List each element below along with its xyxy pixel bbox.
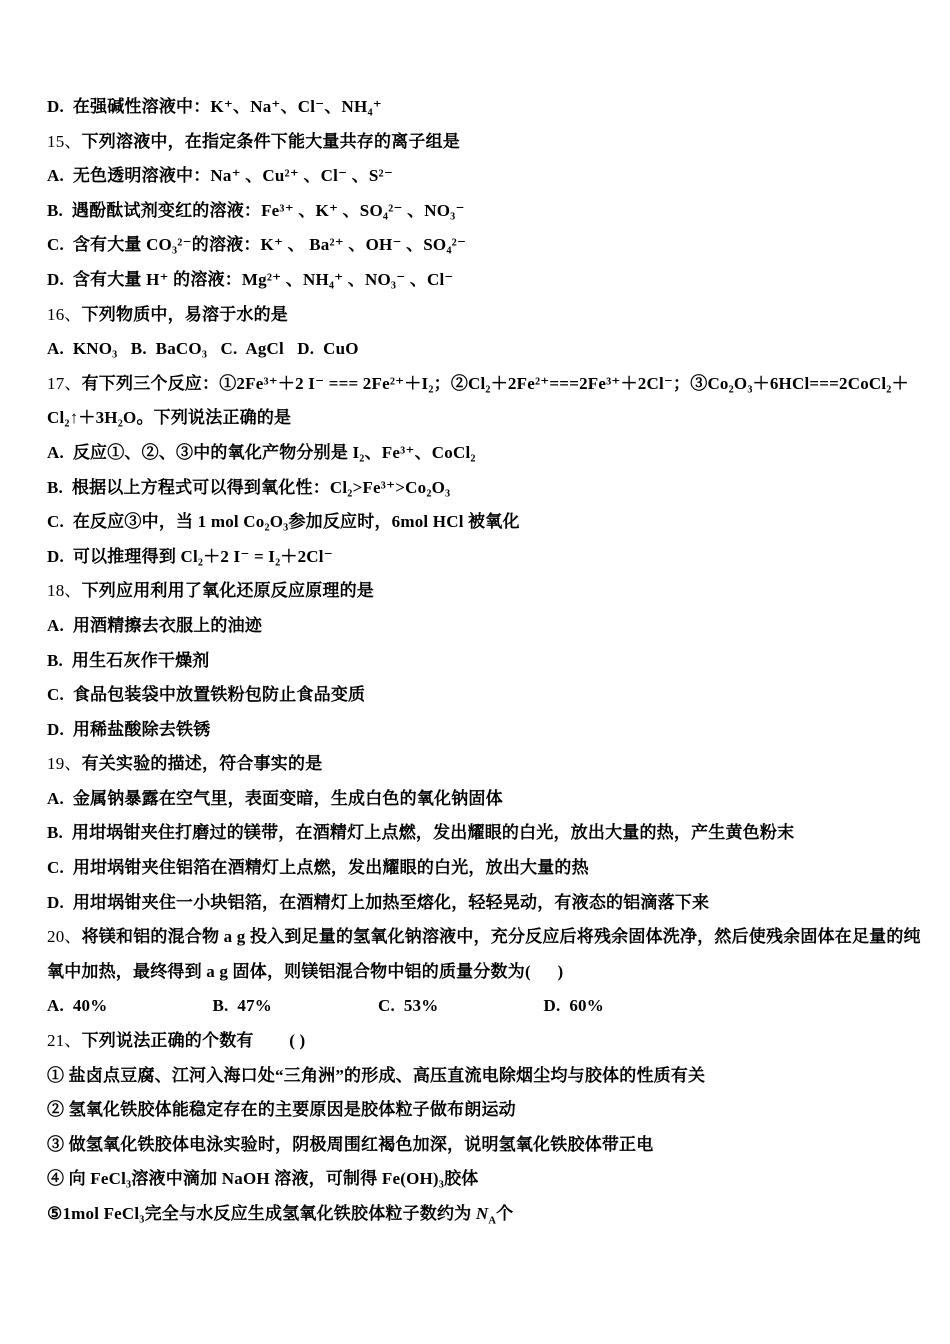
q20-options-choice-3: D. 60%	[544, 989, 710, 1024]
q18-option-d: D. 用稀盐酸除去铁锈	[47, 713, 929, 748]
q18-option-a-text: A. 用酒精擦去衣服上的油迹	[47, 616, 262, 635]
q17-option-c: C. 在反应③中，当 1 mol Co₂O₃参加反应时，6mol HCl 被氧化	[47, 505, 929, 540]
q20-options-choice-1: B. 47%	[213, 989, 379, 1024]
q21-statement-4: ④ 向 FeCl₃溶液中滴加 NaOH 溶液，可制得 Fe(OH)₃胶体	[47, 1162, 929, 1197]
q17-option-a: A. 反应①、②、③中的氧化产物分别是 I₂、Fe³⁺、CoCl₂	[47, 436, 929, 471]
q21-statement-5-part: N	[476, 1204, 488, 1223]
q17-option-a-text: A. 反应①、②、③中的氧化产物分别是 I₂、Fe³⁺、CoCl₂	[47, 443, 476, 462]
q17-stem-2: Cl₂↑＋3H₂O。下列说法正确的是	[47, 401, 929, 436]
q16-stem-number: 16、	[47, 305, 82, 324]
q19-option-d: D. 用坩埚钳夹住一小块铝箔，在酒精灯上加热至熔化，轻轻晃动，有液态的铝滴落下来	[47, 886, 929, 921]
q15-option-b: B. 遇酚酞试剂变红的溶液：Fe³⁺ 、K⁺ 、SO₄²⁻ 、NO₃⁻	[47, 194, 929, 229]
q21-stem-text: 下列说法正确的个数有 ( )	[82, 1031, 306, 1050]
q20-stem-1-text: 将镁和铝的混合物 a g 投入到足量的氢氧化钠溶液中，充分反应后将残余固体洗净，…	[82, 927, 921, 946]
q21-statement-2: ② 氢氧化铁胶体能稳定存在的主要原因是胶体粒子做布朗运动	[47, 1093, 929, 1128]
q19-option-c: C. 用坩埚钳夹住铝箔在酒精灯上点燃，发出耀眼的白光，放出大量的热	[47, 851, 929, 886]
q20-options-choice-2: C. 53%	[378, 989, 544, 1024]
q15-stem: 15、下列溶液中，在指定条件下能大量共存的离子组是	[47, 125, 929, 160]
q21-statement-5-part: 个	[496, 1204, 513, 1223]
q21-statement-1: ① 盐卤点豆腐、江河入海口处“三角洲”的形成、高压直流电除烟尘均与胶体的性质有关	[47, 1059, 929, 1094]
q19-stem: 19、有关实验的描述，符合事实的是	[47, 747, 929, 782]
q17-option-d-text: D. 可以推理得到 Cl₂＋2 I⁻ = I₂＋2Cl⁻	[47, 547, 333, 566]
q17-option-b: B. 根据以上方程式可以得到氧化性：Cl₂>Fe³⁺>Co₂O₃	[47, 471, 929, 506]
exam-page: D. 在强碱性溶液中：K⁺、Na⁺、Cl⁻、NH₄⁺15、下列溶液中，在指定条件…	[0, 0, 950, 1344]
q15-option-a-text: A. 无色透明溶液中：Na⁺ 、Cu²⁺ 、Cl⁻ 、S²⁻	[47, 166, 393, 185]
q17-stem-2-text: Cl₂↑＋3H₂O。下列说法正确的是	[47, 408, 291, 427]
q16-options-text: A. KNO₃ B. BaCO₃ C. AgCl D. CuO	[47, 339, 359, 358]
q17-option-d: D. 可以推理得到 Cl₂＋2 I⁻ = I₂＋2Cl⁻	[47, 540, 929, 575]
q21-stem-number: 21、	[47, 1031, 82, 1050]
q14-option-d-text: D. 在强碱性溶液中：K⁺、Na⁺、Cl⁻、NH₄⁺	[47, 97, 382, 116]
q15-option-b-text: B. 遇酚酞试剂变红的溶液：Fe³⁺ 、K⁺ 、SO₄²⁻ 、NO₃⁻	[47, 201, 465, 220]
q19-option-a: A. 金属钠暴露在空气里，表面变暗，生成白色的氧化钠固体	[47, 782, 929, 817]
q17-option-c-text: C. 在反应③中，当 1 mol Co₂O₃参加反应时，6mol HCl 被氧化	[47, 512, 520, 531]
q15-option-d-text: D. 含有大量 H⁺ 的溶液：Mg²⁺ 、NH₄⁺ 、NO₃⁻ 、Cl⁻	[47, 270, 454, 289]
q21-statement-1-text: ① 盐卤点豆腐、江河入海口处“三角洲”的形成、高压直流电除烟尘均与胶体的性质有关	[47, 1066, 705, 1085]
q15-option-c-text: C. 含有大量 CO₃²⁻的溶液：K⁺ 、 Ba²⁺ 、OH⁻ 、SO₄²⁻	[47, 235, 466, 254]
q16-stem: 16、下列物质中，易溶于水的是	[47, 298, 929, 333]
q20-options: A. 40%B. 47%C. 53%D. 60%	[47, 989, 929, 1024]
q21-statement-2-text: ② 氢氧化铁胶体能稳定存在的主要原因是胶体粒子做布朗运动	[47, 1100, 516, 1119]
q15-option-c: C. 含有大量 CO₃²⁻的溶液：K⁺ 、 Ba²⁺ 、OH⁻ 、SO₄²⁻	[47, 228, 929, 263]
q19-option-c-text: C. 用坩埚钳夹住铝箔在酒精灯上点燃，发出耀眼的白光，放出大量的热	[47, 858, 589, 877]
q18-option-a: A. 用酒精擦去衣服上的油迹	[47, 609, 929, 644]
q19-stem-number: 19、	[47, 754, 82, 773]
q18-stem-number: 18、	[47, 581, 82, 600]
q15-stem-text: 下列溶液中，在指定条件下能大量共存的离子组是	[82, 132, 460, 151]
q21-statement-5-part: ⑤1mol FeCl₃完全与水反应生成氢氧化铁胶体粒子数约为	[47, 1204, 476, 1223]
q19-option-b-text: B. 用坩埚钳夹住打磨过的镁带，在酒精灯上点燃，发出耀眼的白光，放出大量的热，产…	[47, 823, 794, 842]
q18-stem-text: 下列应用利用了氧化还原反应原理的是	[82, 581, 374, 600]
q19-option-a-text: A. 金属钠暴露在空气里，表面变暗，生成白色的氧化钠固体	[47, 789, 503, 808]
q16-options: A. KNO₃ B. BaCO₃ C. AgCl D. CuO	[47, 332, 929, 367]
q21-statement-5: ⑤1mol FeCl₃完全与水反应生成氢氧化铁胶体粒子数约为 NA个	[47, 1197, 929, 1239]
q17-stem-1-text: 有下列三个反应：①2Fe³⁺＋2 I⁻ === 2Fe²⁺＋I₂；②Cl₂＋2F…	[82, 374, 909, 393]
q19-stem-text: 有关实验的描述，符合事实的是	[82, 754, 323, 773]
q15-stem-number: 15、	[47, 132, 82, 151]
q21-statement-3: ③ 做氢氧化铁胶体电泳实验时，阴极周围红褐色加深，说明氢氧化铁胶体带正电	[47, 1128, 929, 1163]
q20-options-choice-0: A. 40%	[47, 989, 213, 1024]
q21-statement-5-part: A	[488, 1215, 496, 1226]
q21-stem: 21、下列说法正确的个数有 ( )	[47, 1024, 929, 1059]
q16-stem-text: 下列物质中，易溶于水的是	[82, 305, 288, 324]
q18-option-b: B. 用生石灰作干燥剂	[47, 644, 929, 679]
q18-stem: 18、下列应用利用了氧化还原反应原理的是	[47, 574, 929, 609]
q14-option-d: D. 在强碱性溶液中：K⁺、Na⁺、Cl⁻、NH₄⁺	[47, 90, 929, 125]
q20-stem-1-number: 20、	[47, 927, 82, 946]
q19-option-b: B. 用坩埚钳夹住打磨过的镁带，在酒精灯上点燃，发出耀眼的白光，放出大量的热，产…	[47, 816, 929, 851]
q21-statement-4-text: ④ 向 FeCl₃溶液中滴加 NaOH 溶液，可制得 Fe(OH)₃胶体	[47, 1169, 479, 1188]
q15-option-d: D. 含有大量 H⁺ 的溶液：Mg²⁺ 、NH₄⁺ 、NO₃⁻ 、Cl⁻	[47, 263, 929, 298]
q15-option-a: A. 无色透明溶液中：Na⁺ 、Cu²⁺ 、Cl⁻ 、S²⁻	[47, 159, 929, 194]
q18-option-c: C. 食品包装袋中放置铁粉包防止食品变质	[47, 678, 929, 713]
q18-option-b-text: B. 用生石灰作干燥剂	[47, 651, 210, 670]
q17-stem-1: 17、有下列三个反应：①2Fe³⁺＋2 I⁻ === 2Fe²⁺＋I₂；②Cl₂…	[47, 367, 929, 402]
q20-stem-2-text: 氧中加热，最终得到 a g 固体，则镁铝混合物中铝的质量分数为( )	[47, 962, 563, 981]
q19-option-d-text: D. 用坩埚钳夹住一小块铝箔，在酒精灯上加热至熔化，轻轻晃动，有液态的铝滴落下来	[47, 893, 709, 912]
q20-stem-2: 氧中加热，最终得到 a g 固体，则镁铝混合物中铝的质量分数为( )	[47, 955, 929, 990]
q21-statement-3-text: ③ 做氢氧化铁胶体电泳实验时，阴极周围红褐色加深，说明氢氧化铁胶体带正电	[47, 1135, 653, 1154]
q20-stem-1: 20、将镁和铝的混合物 a g 投入到足量的氢氧化钠溶液中，充分反应后将残余固体…	[47, 920, 929, 955]
q18-option-c-text: C. 食品包装袋中放置铁粉包防止食品变质	[47, 685, 365, 704]
q18-option-d-text: D. 用稀盐酸除去铁锈	[47, 720, 210, 739]
q17-stem-1-number: 17、	[47, 374, 82, 393]
exam-content: D. 在强碱性溶液中：K⁺、Na⁺、Cl⁻、NH₄⁺15、下列溶液中，在指定条件…	[47, 90, 929, 1239]
q17-option-b-text: B. 根据以上方程式可以得到氧化性：Cl₂>Fe³⁺>Co₂O₃	[47, 478, 450, 497]
